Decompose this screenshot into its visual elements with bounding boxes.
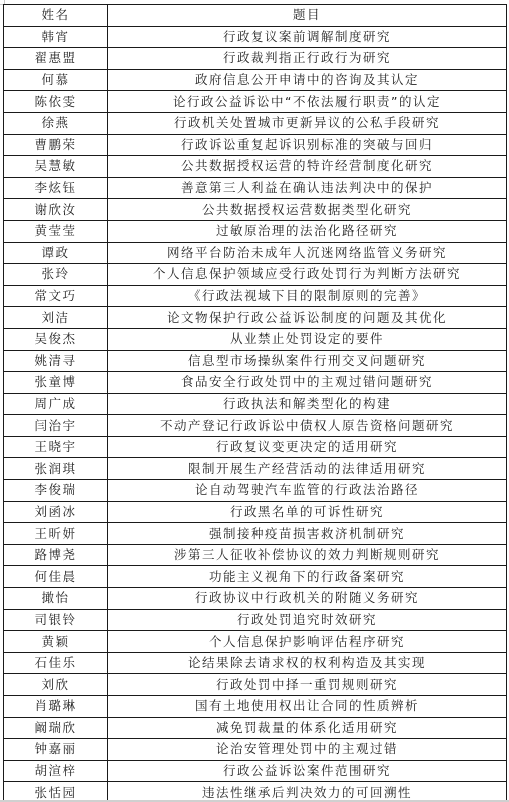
table-row: 吴慧敏公共数据授权运营的特许经营制度化研究	[4, 156, 507, 178]
thesis-title-cell: 行政公益诉讼案件范围研究	[108, 760, 507, 782]
student-name-cell: 胡渲梓	[4, 760, 108, 782]
student-name-cell: 常文巧	[4, 285, 108, 307]
student-name-cell: 张童博	[4, 372, 108, 394]
table-row: 徐燕行政机关处置城市更新异议的公私手段研究	[4, 112, 507, 134]
thesis-title-cell: 《行政法视域下目的限制原则的完善》	[108, 285, 507, 307]
student-name-cell: 石佳乐	[4, 652, 108, 674]
table-row: 姚清寻信息型市场操纵案件行刑交叉问题研究	[4, 350, 507, 372]
table-row: 黄莹莹过敏原治理的法治化路径研究	[4, 220, 507, 242]
thesis-title-cell: 行政裁判指正行政行为研究	[108, 48, 507, 70]
thesis-title-cell: 行政处罚追究时效研究	[108, 609, 507, 631]
topics-table: 姓名 题目 韩宵行政复议案前调解制度研究翟惠盟行政裁判指正行政行为研究何慕政府信…	[3, 4, 507, 802]
table-row: 曹鹏荣行政诉讼重复起诉识别标准的突破与回归	[4, 134, 507, 156]
table-row: 吴俊杰从业禁止处罚设定的要件	[4, 328, 507, 350]
table-row: 王晓宇行政复议变更决定的适用研究	[4, 436, 507, 458]
table-row: 刘函冰行政黑名单的可诉性研究	[4, 501, 507, 523]
thesis-title-cell: 不动产登记行政诉讼中债权人原告资格问题研究	[108, 415, 507, 437]
thesis-title-cell: 论治安管理处罚中的主观过错	[108, 739, 507, 761]
table-header-row: 姓名 题目	[4, 5, 507, 27]
table-row: 肖璐琳国有土地使用权出让合同的性质辨析	[4, 696, 507, 718]
student-name-cell: 黄颖	[4, 631, 108, 653]
thesis-title-cell: 强制接种疫苗损害救济机制研究	[108, 523, 507, 545]
student-name-cell: 王晓宇	[4, 436, 108, 458]
thesis-title-cell: 行政诉讼重复起诉识别标准的突破与回归	[108, 134, 507, 156]
thesis-title-cell: 行政黑名单的可诉性研究	[108, 501, 507, 523]
thesis-title-cell: 从业禁止处罚设定的要件	[108, 328, 507, 350]
table-row: 刘欣行政处罚中择一重罚规则研究	[4, 674, 507, 696]
student-name-cell: 李俊瑞	[4, 480, 108, 502]
table-row: 撖怡行政协议中行政机关的附随义务研究	[4, 588, 507, 610]
thesis-title-cell: 论结果除去请求权的权利构造及其实现	[108, 652, 507, 674]
thesis-title-cell: 行政协议中行政机关的附随义务研究	[108, 588, 507, 610]
thesis-title-cell: 公共数据授权运营的特许经营制度化研究	[108, 156, 507, 178]
table-row: 闫治宇不动产登记行政诉讼中债权人原告资格问题研究	[4, 415, 507, 437]
table-row: 石佳乐论结果除去请求权的权利构造及其实现	[4, 652, 507, 674]
table-row: 韩宵行政复议案前调解制度研究	[4, 26, 507, 48]
thesis-title-cell: 信息型市场操纵案件行刑交叉问题研究	[108, 350, 507, 372]
student-name-cell: 刘函冰	[4, 501, 108, 523]
header-title: 题目	[108, 5, 507, 27]
thesis-title-cell: 违法性继承后判决效力的可回溯性	[108, 782, 507, 802]
student-name-cell: 韩宵	[4, 26, 108, 48]
table-row: 李炫钰善意第三人利益在确认违法判决中的保护	[4, 177, 507, 199]
table-row: 陈依雯论行政公益诉讼中“不依法履行职责”的认定	[4, 91, 507, 113]
table-row: 张恬园违法性继承后判决效力的可回溯性	[4, 782, 507, 802]
student-name-cell: 路博尧	[4, 544, 108, 566]
thesis-title-cell: 论行政公益诉讼中“不依法履行职责”的认定	[108, 91, 507, 113]
thesis-title-cell: 公共数据授权运营数据类型化研究	[108, 199, 507, 221]
thesis-title-cell: 过敏原治理的法治化路径研究	[108, 220, 507, 242]
table-row: 黄颖个人信息保护影响评估程序研究	[4, 631, 507, 653]
student-name-cell: 陈依雯	[4, 91, 108, 113]
thesis-title-cell: 行政机关处置城市更新异议的公私手段研究	[108, 112, 507, 134]
table-row: 路博尧涉第三人征收补偿协议的效力判断规则研究	[4, 544, 507, 566]
student-name-cell: 司银铃	[4, 609, 108, 631]
student-name-cell: 徐燕	[4, 112, 108, 134]
thesis-title-cell: 个人信息保护领域应受行政处罚行为判断方法研究	[108, 264, 507, 286]
student-name-cell: 张恬园	[4, 782, 108, 802]
student-name-cell: 阚瑞欣	[4, 717, 108, 739]
student-name-cell: 吴慧敏	[4, 156, 108, 178]
thesis-title-cell: 善意第三人利益在确认违法判决中的保护	[108, 177, 507, 199]
thesis-title-cell: 网络平台防治未成年人沉迷网络监管义务研究	[108, 242, 507, 264]
table-body: 韩宵行政复议案前调解制度研究翟惠盟行政裁判指正行政行为研究何慕政府信息公开申请中…	[4, 26, 507, 802]
table-row: 张玲个人信息保护领域应受行政处罚行为判断方法研究	[4, 264, 507, 286]
thesis-title-cell: 行政执法和解类型化的构建	[108, 393, 507, 415]
student-name-cell: 周广成	[4, 393, 108, 415]
thesis-title-cell: 个人信息保护影响评估程序研究	[108, 631, 507, 653]
thesis-title-cell: 国有土地使用权出让合同的性质辨析	[108, 696, 507, 718]
thesis-title-cell: 行政复议案前调解制度研究	[108, 26, 507, 48]
document-page: 姓名 题目 韩宵行政复议案前调解制度研究翟惠盟行政裁判指正行政行为研究何慕政府信…	[0, 0, 509, 802]
student-name-cell: 黄莹莹	[4, 220, 108, 242]
student-name-cell: 何慕	[4, 69, 108, 91]
table-row: 司银铃行政处罚追究时效研究	[4, 609, 507, 631]
student-name-cell: 撖怡	[4, 588, 108, 610]
thesis-title-cell: 行政处罚中择一重罚规则研究	[108, 674, 507, 696]
student-name-cell: 谭政	[4, 242, 108, 264]
student-name-cell: 何佳晨	[4, 566, 108, 588]
thesis-title-cell: 减免罚裁量的体系化适用研究	[108, 717, 507, 739]
table-row: 谢欣汝公共数据授权运营数据类型化研究	[4, 199, 507, 221]
student-name-cell: 姚清寻	[4, 350, 108, 372]
table-row: 刘洁论文物保护行政公益诉讼制度的问题及其优化	[4, 307, 507, 329]
student-name-cell: 刘洁	[4, 307, 108, 329]
student-name-cell: 王昕妍	[4, 523, 108, 545]
table-row: 李俊瑞论自动驾驶汽车监管的行政法治路径	[4, 480, 507, 502]
table-row: 翟惠盟行政裁判指正行政行为研究	[4, 48, 507, 70]
thesis-title-cell: 功能主义视角下的行政备案研究	[108, 566, 507, 588]
student-name-cell: 翟惠盟	[4, 48, 108, 70]
thesis-title-cell: 限制开展生产经营活动的法律适用研究	[108, 458, 507, 480]
thesis-title-cell: 行政复议变更决定的适用研究	[108, 436, 507, 458]
table-row: 王昕妍强制接种疫苗损害救济机制研究	[4, 523, 507, 545]
table-row: 胡渲梓行政公益诉讼案件范围研究	[4, 760, 507, 782]
student-name-cell: 钟嘉丽	[4, 739, 108, 761]
student-name-cell: 李炫钰	[4, 177, 108, 199]
student-name-cell: 张玲	[4, 264, 108, 286]
student-name-cell: 曹鹏荣	[4, 134, 108, 156]
thesis-title-cell: 食品安全行政处罚中的主观过错问题研究	[108, 372, 507, 394]
thesis-title-cell: 论文物保护行政公益诉讼制度的问题及其优化	[108, 307, 507, 329]
student-name-cell: 肖璐琳	[4, 696, 108, 718]
student-name-cell: 刘欣	[4, 674, 108, 696]
table-row: 周广成行政执法和解类型化的构建	[4, 393, 507, 415]
table-row: 常文巧《行政法视域下目的限制原则的完善》	[4, 285, 507, 307]
thesis-title-cell: 政府信息公开申请中的咨询及其认定	[108, 69, 507, 91]
table-row: 张润琪限制开展生产经营活动的法律适用研究	[4, 458, 507, 480]
header-name: 姓名	[4, 5, 108, 27]
student-name-cell: 谢欣汝	[4, 199, 108, 221]
table-row: 何慕政府信息公开申请中的咨询及其认定	[4, 69, 507, 91]
student-name-cell: 闫治宇	[4, 415, 108, 437]
table-row: 张童博食品安全行政处罚中的主观过错问题研究	[4, 372, 507, 394]
table-row: 阚瑞欣减免罚裁量的体系化适用研究	[4, 717, 507, 739]
table-row: 钟嘉丽论治安管理处罚中的主观过错	[4, 739, 507, 761]
table-row: 何佳晨功能主义视角下的行政备案研究	[4, 566, 507, 588]
thesis-title-cell: 涉第三人征收补偿协议的效力判断规则研究	[108, 544, 507, 566]
thesis-title-cell: 论自动驾驶汽车监管的行政法治路径	[108, 480, 507, 502]
student-name-cell: 张润琪	[4, 458, 108, 480]
student-name-cell: 吴俊杰	[4, 328, 108, 350]
table-row: 谭政网络平台防治未成年人沉迷网络监管义务研究	[4, 242, 507, 264]
